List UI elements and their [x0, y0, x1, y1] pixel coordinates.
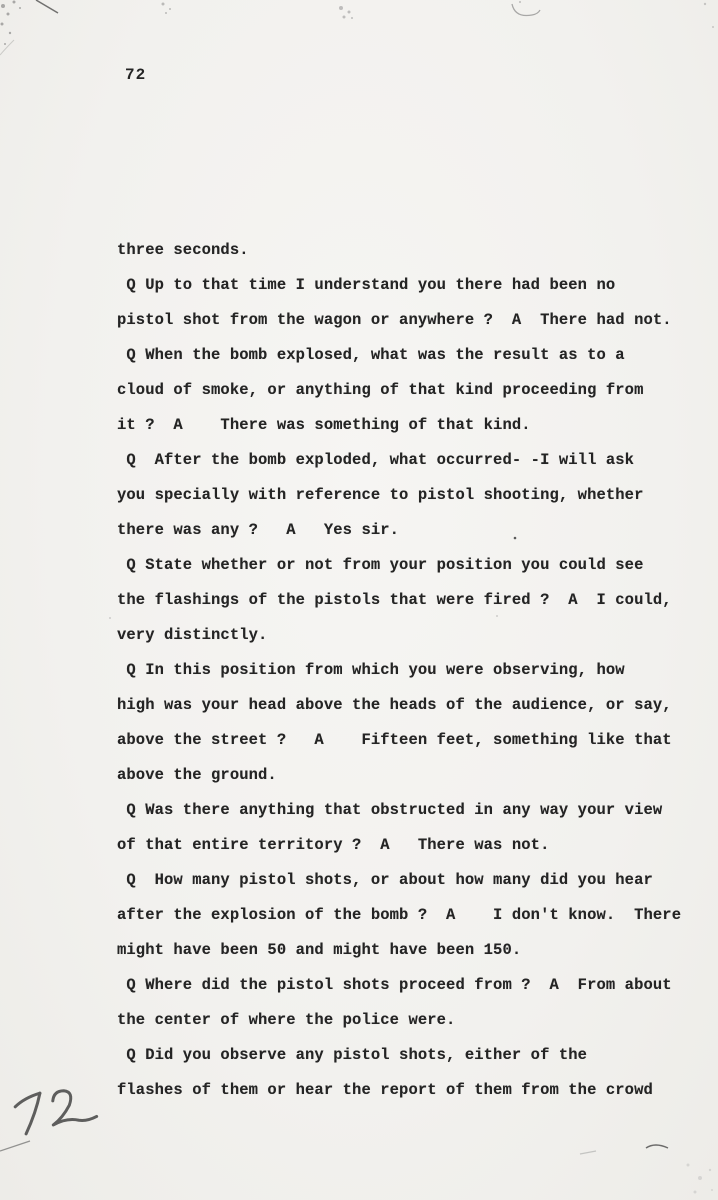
transcript-line: after the explosion of the bomb ? A I do…	[117, 898, 707, 933]
transcript-line: Q Did you observe any pistol shots, eith…	[117, 1038, 707, 1073]
top-curved-smudge-mark	[512, 1, 540, 16]
transcript-line: three seconds.	[117, 233, 707, 268]
top-smudge-mark-center	[339, 6, 353, 19]
transcript-line: high was your head above the heads of th…	[117, 688, 707, 723]
handwritten-two	[50, 1087, 97, 1125]
transcript-line: Q State whether or not from your positio…	[117, 548, 707, 583]
transcript-line: above the street ? A Fifteen feet, somet…	[117, 723, 707, 758]
scanned-transcript-page: 72 three seconds. Q Up to that time I un…	[0, 0, 718, 1200]
transcript-line: of that entire territory ? A There was n…	[117, 828, 707, 863]
top-left-faint-curve	[0, 40, 14, 55]
bottom-right-speckle-texture	[687, 1164, 714, 1194]
handwritten-page-number	[9, 1077, 115, 1147]
transcript-line: it ? A There was something of that kind.	[117, 408, 707, 443]
transcript-line: cloud of smoke, or anything of that kind…	[117, 373, 707, 408]
transcript-line: the flashings of the pistols that were f…	[117, 583, 707, 618]
bottom-faint-dash-mark	[580, 1151, 596, 1154]
transcript-body: three seconds. Q Up to that time I under…	[117, 233, 707, 1108]
transcript-line: Q After the bomb exploded, what occurred…	[117, 443, 707, 478]
top-left-pen-stroke	[36, 0, 58, 13]
transcript-line: Q In this position from which you were o…	[117, 653, 707, 688]
transcript-line: pistol shot from the wagon or anywhere ?…	[117, 303, 707, 338]
transcript-line: Q Where did the pistol shots proceed fro…	[117, 968, 707, 1003]
transcript-line: Q Up to that time I understand you there…	[117, 268, 707, 303]
typed-page-number: 72	[125, 66, 146, 84]
top-smudge-mark-left	[162, 3, 172, 15]
transcript-line: very distinctly.	[117, 618, 707, 653]
transcript-line: might have been 50 and might have been 1…	[117, 933, 707, 968]
transcript-line: above the ground.	[117, 758, 707, 793]
top-left-smudge-mark	[1, 1, 22, 46]
bottom-right-tilde-mark	[646, 1145, 668, 1148]
bottom-left-pencil-stroke	[0, 1141, 30, 1151]
top-right-specks	[704, 3, 714, 28]
transcript-line: there was any ? A Yes sir.	[117, 513, 707, 548]
transcript-line: Q Was there anything that obstructed in …	[117, 793, 707, 828]
transcript-line: the center of where the police were.	[117, 1003, 707, 1038]
handwritten-seven	[14, 1093, 41, 1107]
transcript-line: you specially with reference to pistol s…	[117, 478, 707, 513]
transcript-line: Q When the bomb explosed, what was the r…	[117, 338, 707, 373]
transcript-line: flashes of them or hear the report of th…	[117, 1073, 707, 1108]
transcript-line: Q How many pistol shots, or about how ma…	[117, 863, 707, 898]
handwritten-seven-stem	[22, 1093, 44, 1134]
